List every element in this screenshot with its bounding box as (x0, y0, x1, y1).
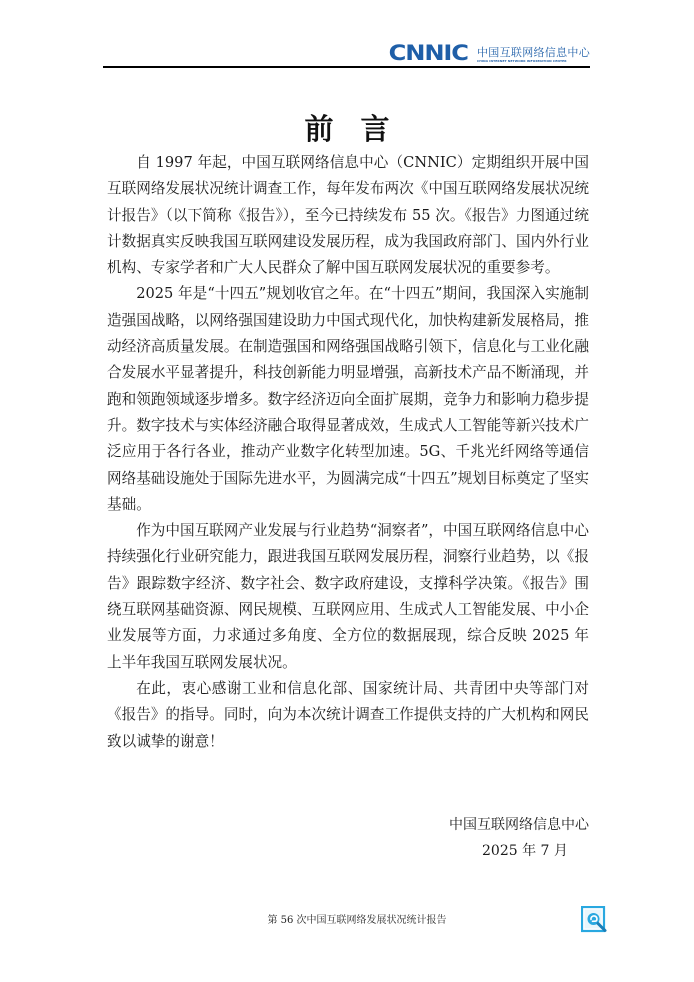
cnnic-logo: CNNIC 中国互联网络信息中心 CHINA INTERNET NETWORK … (399, 43, 590, 63)
paragraph-2: 2025 年是“十四五”规划收官之年。在“十四五”期间，我国深入实施制造强国战略… (107, 281, 589, 518)
signature-organization: 中国互联网络信息中心 (449, 812, 599, 838)
paragraph-3: 作为中国互联网产业发展与行业趋势“洞察者”，中国互联网络信息中心持续强化行业研究… (107, 518, 589, 676)
signature-date: 2025 年 7 月 (449, 838, 599, 864)
search-report-icon (581, 906, 608, 933)
page-title: 前言 (0, 107, 694, 148)
page-header: CNNIC 中国互联网络信息中心 CHINA INTERNET NETWORK … (103, 38, 590, 68)
preface-body: 自 1997 年起，中国互联网络信息中心（CNNIC）定期组织开展中国互联网络发… (107, 150, 589, 755)
signature-block: 中国互联网络信息中心 2025 年 7 月 (449, 812, 599, 864)
logo-chinese-name: 中国互联网络信息中心 (477, 46, 590, 59)
paragraph-4: 在此，衷心感谢工业和信息化部、国家统计局、共青团中央等部门对《报告》的指导。同时… (107, 676, 589, 755)
paragraph-1: 自 1997 年起，中国互联网络信息中心（CNNIC）定期组织开展中国互联网络发… (107, 150, 589, 281)
logo-mark: CNNIC (389, 43, 468, 63)
logo-text: 中国互联网络信息中心 CHINA INTERNET NETWORK INFORM… (477, 46, 590, 63)
header-divider (103, 66, 590, 68)
logo-english-name: CHINA INTERNET NETWORK INFORMATION CENTE… (477, 59, 567, 63)
